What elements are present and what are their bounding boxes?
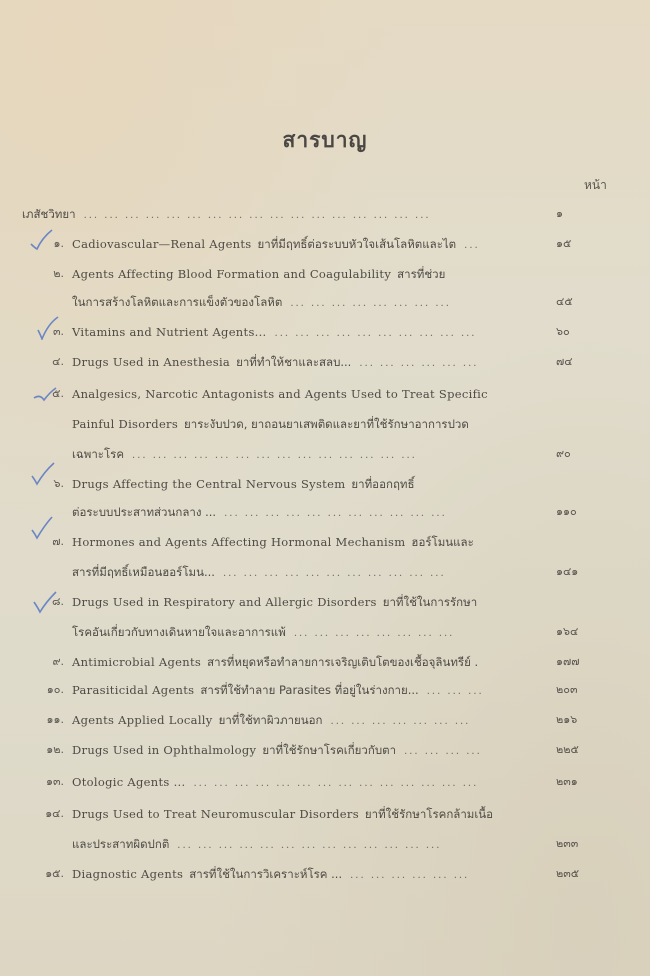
toc-english-title: Antimicrobial Agents [72, 655, 201, 669]
toc-thai-title: ต่อระบบประสาทส่วนกลาง ... [72, 505, 216, 519]
toc-entry-text: Agents Affecting Blood Formation and Coa… [72, 264, 445, 284]
toc-number: ๗. [52, 532, 64, 552]
toc-entry-text: Drugs Used in Anesthesiaยาที่ทำให้ชาและส… [72, 352, 478, 374]
toc-entry-text: Antimicrobial Agentsสารที่หยุดหรือทำลายก… [72, 652, 478, 672]
toc-thai-title: ยาที่ใช้ทาผิวภายนอก [219, 713, 323, 727]
toc-entry-text: Drugs Used in Respiratory and Allergic D… [72, 592, 477, 612]
toc-number: ๔. [52, 352, 64, 372]
leader-dots: ... ... ... ... ... ... [350, 870, 469, 881]
toc-entry-text: Hormones and Agents Affecting Hormonal M… [72, 532, 474, 552]
toc-number: ๑๑. [47, 710, 64, 730]
toc-entry-6-continuation: ต่อระบบประสาทส่วนกลาง ...... ... ... ...… [0, 502, 650, 522]
toc-number: ๖. [54, 474, 64, 494]
leader-dots: ... ... ... ... ... ... ... ... ... ... … [224, 508, 447, 519]
toc-english-title: Parasiticidal Agents [72, 683, 194, 697]
toc-entry-10: ๑๐. Parasiticidal Agentsสารที่ใช้ทำลาย P… [0, 680, 650, 700]
toc-page-number: ๙๐ [556, 444, 616, 464]
toc-entry-text: Diagnostic Agentsสารที่ใช้ในการวิเคราะห์… [72, 864, 469, 886]
toc-english-title: Agents Applied Locally [72, 713, 213, 727]
toc-entry-text: โรคอันเกี่ยวกับทางเดินหายใจและอาการแพ้..… [72, 622, 454, 644]
toc-entry-8-continuation: โรคอันเกี่ยวกับทางเดินหายใจและอาการแพ้..… [0, 622, 650, 642]
toc-entry-text: Analgesics, Narcotic Antagonists and Age… [72, 384, 488, 404]
toc-page-number: ๑๖๔ [556, 622, 616, 642]
toc-page-number: ๔๕ [556, 292, 616, 312]
toc-entry-14-continuation: และประสาทผิดปกติ... ... ... ... ... ... … [0, 834, 650, 854]
toc-entry-text: Drugs Affecting the Central Nervous Syst… [72, 474, 415, 494]
toc-english-title: Drugs Used in Respiratory and Allergic D… [72, 595, 377, 609]
leader-dots: ... ... ... ... ... ... ... ... ... ... [275, 328, 477, 339]
toc-number: ๑๐. [47, 680, 64, 700]
toc-thai-title: ยาระงับปวด, ยาถอนยาเสพติดและยาที่ใช้รักษ… [184, 417, 469, 431]
toc-entry-text: ต่อระบบประสาทส่วนกลาง ...... ... ... ...… [72, 502, 447, 524]
toc-thai-title: ในการสร้างโลหิตและการแข็งตัวของโลหิต [72, 295, 282, 309]
document-page: สารบาญ หน้า เภสัชวิทยา... ... ... ... ..… [0, 0, 650, 976]
toc-page-number: ๗๔ [556, 352, 616, 372]
toc-thai-title: เภสัชวิทยา [22, 207, 76, 221]
toc-english-title: Vitamins and Nutrient Agents... [72, 325, 267, 339]
toc-entry-5-continuation: เฉพาะโรค... ... ... ... ... ... ... ... … [0, 444, 650, 464]
toc-thai-title: โรคอันเกี่ยวกับทางเดินหายใจและอาการแพ้ [72, 625, 286, 639]
toc-entry-text: Parasiticidal Agentsสารที่ใช้ทำลาย Paras… [72, 680, 484, 702]
toc-english-title: Diagnostic Agents [72, 867, 183, 881]
toc-thai-title: ยาที่ออกฤทธิ์ [351, 477, 414, 491]
toc-thai-title: สารที่หยุดหรือทำลายการเจริญเติบโตของเชื้… [207, 655, 478, 669]
leader-dots: ... ... ... ... ... ... ... ... ... ... … [193, 778, 478, 789]
toc-entry-9: ๙. Antimicrobial Agentsสารที่หยุดหรือทำล… [0, 652, 650, 672]
toc-english-title: Analgesics, Narcotic Antagonists and Age… [72, 387, 488, 401]
toc-entry-15: ๑๕. Diagnostic Agentsสารที่ใช้ในการวิเคร… [0, 864, 650, 884]
leader-dots: ... ... ... ... ... ... [359, 358, 478, 369]
toc-page-number: ๒๓๓ [556, 834, 616, 854]
leader-dots: ... ... ... ... ... ... ... ... ... ... … [223, 568, 446, 579]
toc-thai-title: ยาที่ใช้รักษาโรคเกี่ยวกับตา [262, 743, 396, 757]
toc-page-number: ๑๕ [556, 234, 616, 254]
toc-number: ๑. [54, 234, 64, 254]
toc-number: ๑๔. [45, 804, 64, 824]
toc-entry-12: ๑๒. Drugs Used in Ophthalmologyยาที่ใช้ร… [0, 740, 650, 760]
toc-entry-8: ๘. Drugs Used in Respiratory and Allergi… [0, 592, 650, 612]
toc-thai-title: ยาที่มีฤทธิ์ต่อระบบหัวใจเส้นโลหิตและไต [258, 237, 457, 251]
toc-english-title: Cadiovascular—Renal Agents [72, 237, 252, 251]
toc-thai-title: สารที่ใช้ทำลาย Parasites ที่อยู่ในร่างกา… [200, 683, 418, 697]
toc-thai-title: สารที่ใช้ในการวิเคราะห์โรค ... [189, 867, 342, 881]
toc-page-number: ๒๓๑ [556, 772, 616, 792]
toc-page-number: ๑ [556, 204, 616, 224]
toc-entry-14: ๑๔. Drugs Used to Treat Neuromuscular Di… [0, 804, 650, 824]
leader-dots: ... ... ... ... ... ... ... ... ... ... … [177, 840, 441, 851]
page-title: สารบาญ [0, 124, 650, 157]
page-column-label: หน้า [584, 176, 607, 195]
toc-number: ๙. [52, 652, 64, 672]
toc-thai-title: ยาที่ทำให้ชาและสลบ... [236, 355, 351, 369]
toc-page-number: ๒๐๓ [556, 680, 616, 700]
toc-entry-text: Cadiovascular—Renal Agentsยาที่มีฤทธิ์ต่… [72, 234, 480, 256]
toc-entry-text: และประสาทผิดปกติ... ... ... ... ... ... … [72, 834, 441, 856]
toc-entry-5: ๕. Analgesics, Narcotic Antagonists and … [0, 384, 650, 404]
toc-thai-title: สารที่มีฤทธิ์เหมือนฮอร์โมน... [72, 565, 215, 579]
toc-english-title: Painful Disorders [72, 417, 178, 431]
toc-entry-intro: เภสัชวิทยา... ... ... ... ... ... ... ..… [0, 204, 650, 224]
toc-entry-text: Agents Applied Locallyยาที่ใช้ทาผิวภายนอ… [72, 710, 470, 732]
toc-entry-text: Painful Disordersยาระงับปวด, ยาถอนยาเสพต… [72, 414, 469, 434]
toc-entry-1: ๑. Cadiovascular—Renal Agentsยาที่มีฤทธิ… [0, 234, 650, 254]
toc-page-number: ๒๒๕ [556, 740, 616, 760]
toc-page-number: ๒๑๖ [556, 710, 616, 730]
toc-entry-4: ๔. Drugs Used in Anesthesiaยาที่ทำให้ชาแ… [0, 352, 650, 372]
toc-thai-title: ยาที่ใช้ในการรักษา [383, 595, 477, 609]
toc-thai-title: ยาที่ใช้รักษาโรคกล้ามเนื้อ [365, 807, 493, 821]
toc-entry-6: ๖. Drugs Affecting the Central Nervous S… [0, 474, 650, 494]
toc-entry-text: ในการสร้างโลหิตและการแข็งตัวของโลหิต... … [72, 292, 451, 314]
leader-dots: ... ... ... ... ... ... ... [331, 716, 471, 727]
toc-entry-7-continuation: สารที่มีฤทธิ์เหมือนฮอร์โมน...... ... ...… [0, 562, 650, 582]
toc-english-title: Drugs Used in Ophthalmology [72, 743, 256, 757]
toc-page-number: ๑๗๗ [556, 652, 616, 672]
toc-number: ๑๒. [46, 740, 64, 760]
toc-number: ๑๕. [45, 864, 64, 884]
toc-english-title: Agents Affecting Blood Formation and Coa… [72, 267, 391, 281]
toc-entry-text: Drugs Used in Ophthalmologyยาที่ใช้รักษา… [72, 740, 482, 762]
toc-entry-text: สารที่มีฤทธิ์เหมือนฮอร์โมน...... ... ...… [72, 562, 446, 584]
leader-dots: ... ... ... ... ... ... ... ... ... ... … [132, 450, 417, 461]
leader-dots: ... ... ... ... ... ... ... ... [290, 298, 451, 309]
leader-dots: ... ... ... [427, 686, 484, 697]
leader-dots: ... ... ... ... ... ... ... ... [294, 628, 455, 639]
leader-dots: ... ... ... ... [404, 746, 482, 757]
toc-thai-title: เฉพาะโรค [72, 447, 124, 461]
toc-number: ๑๓. [46, 772, 64, 792]
toc-entry-11: ๑๑. Agents Applied Locallyยาที่ใช้ทาผิวภ… [0, 710, 650, 730]
toc-english-title: Drugs Used in Anesthesia [72, 355, 230, 369]
toc-entry-text: เภสัชวิทยา... ... ... ... ... ... ... ..… [22, 204, 431, 226]
toc-entry-2-continuation: ในการสร้างโลหิตและการแข็งตัวของโลหิต... … [0, 292, 650, 312]
toc-english-title: Drugs Used to Treat Neuromuscular Disord… [72, 807, 359, 821]
toc-page-number: ๒๓๕ [556, 864, 616, 884]
toc-entry-text: เฉพาะโรค... ... ... ... ... ... ... ... … [72, 444, 417, 466]
toc-english-title: Otologic Agents ... [72, 775, 185, 789]
toc-thai-title: ฮอร์โมนและ [411, 535, 473, 549]
leader-dots: ... [464, 240, 480, 251]
leader-dots: ... ... ... ... ... ... ... ... ... ... … [84, 210, 431, 221]
toc-entry-text: Drugs Used to Treat Neuromuscular Disord… [72, 804, 493, 824]
toc-entry-13: ๑๓. Otologic Agents ...... ... ... ... .… [0, 772, 650, 792]
toc-number: ๘. [52, 592, 64, 612]
toc-thai-title: และประสาทผิดปกติ [72, 837, 169, 851]
toc-thai-title: สารที่ช่วย [397, 267, 445, 281]
toc-entry-3: ๓. Vitamins and Nutrient Agents...... ..… [0, 322, 650, 342]
toc-page-number: ๑๔๑ [556, 562, 616, 582]
toc-entry-text: Otologic Agents ...... ... ... ... ... .… [72, 772, 478, 794]
toc-entry-5-continuation: Painful Disordersยาระงับปวด, ยาถอนยาเสพต… [0, 414, 650, 434]
toc-number: ๒. [53, 264, 64, 284]
toc-number: ๓. [53, 322, 64, 342]
toc-entry-7: ๗. Hormones and Agents Affecting Hormona… [0, 532, 650, 552]
toc-entry-text: Vitamins and Nutrient Agents...... ... .… [72, 322, 477, 344]
toc-number: ๕. [52, 384, 64, 404]
toc-page-number: ๑๑๐ [556, 502, 616, 522]
toc-page-number: ๖๐ [556, 322, 616, 342]
toc-entry-2: ๒. Agents Affecting Blood Formation and … [0, 264, 650, 284]
toc-english-title: Drugs Affecting the Central Nervous Syst… [72, 477, 345, 491]
toc-english-title: Hormones and Agents Affecting Hormonal M… [72, 535, 405, 549]
